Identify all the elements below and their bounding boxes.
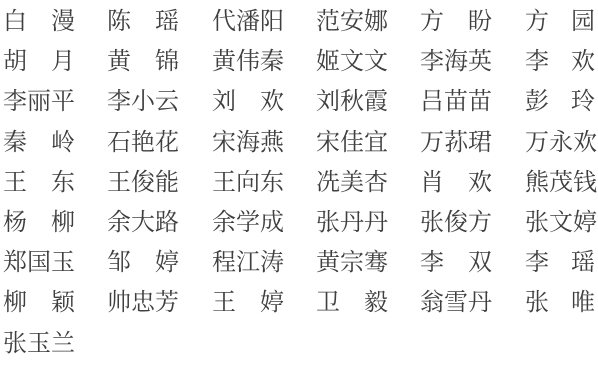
person-name: 张文婷 xyxy=(525,211,597,235)
person-name: 王婷 xyxy=(212,291,284,315)
name-character: 卫 xyxy=(316,291,340,315)
name-cell: 宋海燕 xyxy=(212,123,316,163)
person-name: 熊茂钱 xyxy=(525,171,597,195)
person-name: 宋佳宜 xyxy=(316,131,388,155)
name-character: 方 xyxy=(420,10,444,34)
name-cell: 范安娜 xyxy=(316,2,420,42)
person-name: 彭玲 xyxy=(525,90,595,114)
person-name: 胡月 xyxy=(3,50,75,74)
person-name: 黄伟秦 xyxy=(212,50,284,74)
person-name: 李双 xyxy=(420,251,492,275)
name-cell: 黄锦 xyxy=(107,42,212,82)
name-character: 毅 xyxy=(364,291,388,315)
person-name: 李瑶 xyxy=(525,251,595,275)
name-cell: 帅忠芳 xyxy=(107,283,212,323)
name-character: 盼 xyxy=(468,10,492,34)
person-name: 张唯 xyxy=(525,291,595,315)
name-cell: 李海英 xyxy=(420,42,525,82)
name-cell: 王俊能 xyxy=(107,163,212,203)
name-cell: 张俊方 xyxy=(420,203,525,243)
name-cell: 张丹丹 xyxy=(316,203,420,243)
name-cell: 杨柳 xyxy=(3,203,107,243)
name-character: 陈 xyxy=(107,10,131,34)
name-cell: 万荪珺 xyxy=(420,123,525,163)
name-cell: 彭玲 xyxy=(525,82,595,122)
name-cell: 方园 xyxy=(525,2,595,42)
name-cell: 李丽平 xyxy=(3,82,107,122)
person-name: 李欢 xyxy=(525,50,595,74)
name-character: 唯 xyxy=(571,291,595,315)
person-name: 邹婷 xyxy=(107,251,179,275)
person-name: 余大路 xyxy=(107,211,179,235)
name-cell: 刘秋霞 xyxy=(316,82,420,122)
name-cell: 秦岭 xyxy=(3,123,107,163)
person-name: 石艳花 xyxy=(107,131,179,155)
name-cell: 吕苗苗 xyxy=(420,82,525,122)
person-name: 王向东 xyxy=(212,171,284,195)
name-character: 邹 xyxy=(107,251,131,275)
name-character: 漫 xyxy=(51,10,75,34)
person-name: 白漫 xyxy=(3,10,75,34)
name-character: 李 xyxy=(525,251,549,275)
name-character: 刘 xyxy=(212,90,236,114)
person-name: 姬文文 xyxy=(316,50,388,74)
person-name: 肖欢 xyxy=(420,171,492,195)
name-cell: 冼美杏 xyxy=(316,163,420,203)
person-name: 范安娜 xyxy=(316,10,388,34)
person-name: 张玉兰 xyxy=(3,332,75,356)
name-cell: 王向东 xyxy=(212,163,316,203)
name-character: 月 xyxy=(51,50,75,74)
name-character: 婷 xyxy=(260,291,284,315)
name-cell: 刘欢 xyxy=(212,82,316,122)
person-name: 黄宗骞 xyxy=(316,251,388,275)
person-name: 万荪珺 xyxy=(420,131,492,155)
name-cell: 李小云 xyxy=(107,82,212,122)
person-name: 刘欢 xyxy=(212,90,284,114)
person-name: 万永欢 xyxy=(525,131,597,155)
person-name: 代潘阳 xyxy=(212,10,284,34)
name-character: 欢 xyxy=(260,90,284,114)
name-cell: 翁雪丹 xyxy=(420,283,525,323)
person-name: 卫毅 xyxy=(316,291,388,315)
name-cell: 王东 xyxy=(3,163,107,203)
name-character: 瑶 xyxy=(571,251,595,275)
name-cell: 方盼 xyxy=(420,2,525,42)
name-character: 婷 xyxy=(155,251,179,275)
name-cell: 卫毅 xyxy=(316,283,420,323)
name-character: 瑶 xyxy=(155,10,179,34)
name-character: 岭 xyxy=(51,131,75,155)
person-name: 陈瑶 xyxy=(107,10,179,34)
name-character: 张 xyxy=(525,291,549,315)
name-cell: 肖欢 xyxy=(420,163,525,203)
name-cell: 胡月 xyxy=(3,42,107,82)
name-character: 白 xyxy=(3,10,27,34)
name-cell: 邹婷 xyxy=(107,243,212,283)
person-name: 方园 xyxy=(525,10,595,34)
person-name: 李小云 xyxy=(107,90,179,114)
person-name: 冼美杏 xyxy=(316,171,388,195)
name-cell: 熊茂钱 xyxy=(525,163,595,203)
person-name: 李海英 xyxy=(420,50,492,74)
name-cell: 张玉兰 xyxy=(3,324,107,364)
person-name: 宋海燕 xyxy=(212,131,284,155)
name-cell: 白漫 xyxy=(3,2,107,42)
person-name: 秦岭 xyxy=(3,131,75,155)
name-cell: 陈瑶 xyxy=(107,2,212,42)
person-name: 吕苗苗 xyxy=(420,90,492,114)
person-name: 黄锦 xyxy=(107,50,179,74)
name-character: 园 xyxy=(571,10,595,34)
person-name: 程江涛 xyxy=(212,251,284,275)
name-character: 颖 xyxy=(51,291,75,315)
person-name: 翁雪丹 xyxy=(420,291,492,315)
name-cell: 黄宗骞 xyxy=(316,243,420,283)
person-name: 刘秋霞 xyxy=(316,90,388,114)
name-cell: 余学成 xyxy=(212,203,316,243)
name-character: 柳 xyxy=(51,211,75,235)
person-name: 张俊方 xyxy=(420,211,492,235)
name-character: 彭 xyxy=(525,90,549,114)
name-cell: 宋佳宜 xyxy=(316,123,420,163)
name-cell: 石艳花 xyxy=(107,123,212,163)
name-cell: 王婷 xyxy=(212,283,316,323)
name-character: 黄 xyxy=(107,50,131,74)
name-cell: 张文婷 xyxy=(525,203,595,243)
name-character: 方 xyxy=(525,10,549,34)
name-character: 王 xyxy=(212,291,236,315)
name-character: 双 xyxy=(468,251,492,275)
name-character: 东 xyxy=(51,171,75,195)
name-character: 玲 xyxy=(571,90,595,114)
name-character: 欢 xyxy=(571,50,595,74)
name-cell: 代潘阳 xyxy=(212,2,316,42)
name-character: 李 xyxy=(420,251,444,275)
name-character: 秦 xyxy=(3,131,27,155)
name-list: 白漫陈瑶代潘阳范安娜方盼方园胡月黄锦黄伟秦姬文文李海英李欢李丽平李小云刘欢刘秋霞… xyxy=(0,0,598,364)
name-character: 柳 xyxy=(3,291,27,315)
name-character: 肖 xyxy=(420,171,444,195)
name-character: 欢 xyxy=(468,171,492,195)
person-name: 帅忠芳 xyxy=(107,291,179,315)
name-cell: 李双 xyxy=(420,243,525,283)
name-character: 王 xyxy=(3,171,27,195)
name-cell: 余大路 xyxy=(107,203,212,243)
name-character: 胡 xyxy=(3,50,27,74)
name-character: 杨 xyxy=(3,211,27,235)
person-name: 王俊能 xyxy=(107,171,179,195)
person-name: 杨柳 xyxy=(3,211,75,235)
name-cell: 姬文文 xyxy=(316,42,420,82)
person-name: 张丹丹 xyxy=(316,211,388,235)
person-name: 柳颖 xyxy=(3,291,75,315)
name-cell: 万永欢 xyxy=(525,123,595,163)
name-cell: 程江涛 xyxy=(212,243,316,283)
person-name: 余学成 xyxy=(212,211,284,235)
person-name: 方盼 xyxy=(420,10,492,34)
name-cell: 李欢 xyxy=(525,42,595,82)
person-name: 李丽平 xyxy=(3,90,75,114)
name-cell: 黄伟秦 xyxy=(212,42,316,82)
person-name: 郑国玉 xyxy=(3,251,75,275)
name-cell: 张唯 xyxy=(525,283,595,323)
name-cell: 柳颖 xyxy=(3,283,107,323)
name-cell: 郑国玉 xyxy=(3,243,107,283)
name-character: 李 xyxy=(525,50,549,74)
person-name: 王东 xyxy=(3,171,75,195)
name-character: 锦 xyxy=(155,50,179,74)
name-cell: 李瑶 xyxy=(525,243,595,283)
